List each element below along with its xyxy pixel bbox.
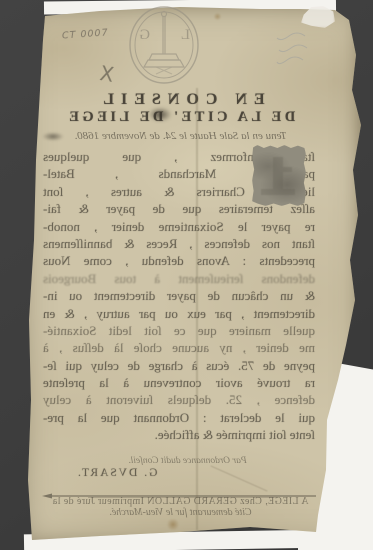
body-line: & un châcun de payer directement ou in- [43, 287, 315, 304]
faint-handwriting [275, 28, 309, 68]
body-line: re payer le Soixantieme denier , nonob- [43, 218, 315, 235]
body-line: quelle maniere que ce ſoit ledit Soixant… [43, 322, 315, 339]
gray-square-stamp [252, 145, 306, 206]
divider-rule [42, 486, 318, 492]
seal-letter-g: G [139, 27, 150, 43]
printer-imprint-line-1: A LIEGE, Chez GERARD GALLON Imprimeur Ju… [38, 496, 323, 507]
lig-oval-seal: L G [126, 4, 202, 86]
title-line-1: EN CONSEIL [38, 91, 323, 109]
mirrored-print-content: L G EN CONSEIL DE LA CITE' DE LIEGE Tenu… [38, 0, 323, 550]
edge-ink-smudge [42, 132, 64, 141]
body-line: ſente ſoit imprimée & affichée. [43, 426, 315, 443]
body-line: defendons ſerieuſement à tous Bourgeois [43, 270, 315, 287]
printer-imprint-line-2: Cité demeurant ſur le Vieu-Marché. [38, 507, 323, 518]
body-line: peyne de 75. écus à charge de celuy qui … [43, 357, 315, 374]
small-stain [213, 13, 222, 20]
body-line: ſtant nos defences , Reces & banniſſemen… [43, 235, 315, 252]
stamp-blurred-glyph [252, 145, 306, 206]
body-line: defence , 25. deſquels ſuiveront à celuy [43, 391, 315, 408]
body-line: ra trouvé avoir contrevenu à la preſente [43, 374, 315, 391]
photograph-of-document: L G EN CONSEIL DE LA CITE' DE LIEGE Tenu… [0, 0, 373, 550]
ordinance-authority-line: Par Ordonnance dudit Conſeil. [38, 456, 323, 466]
body-line: qui le declerat : Ordonnant que la pre- [43, 409, 315, 426]
brown-stain [166, 519, 180, 530]
body-line: me denier , ny aucune choſe là deſſus , … [43, 339, 315, 356]
session-dateline: Tenu en la Sale Haute le 24. de Novembre… [38, 130, 323, 142]
title-line-2: DE LA CITE' DE LIEGE [38, 109, 323, 126]
seal-letter-l: L [181, 27, 190, 43]
secretary-signature: G. DVSART. [38, 467, 323, 479]
body-line: directement , par eux ou par autruy , & … [43, 305, 315, 322]
vertical-crease [196, 88, 198, 530]
body-line: precedents : Avons defendu , come Nous [43, 252, 315, 269]
ink-smudge-on-title [148, 107, 172, 122]
